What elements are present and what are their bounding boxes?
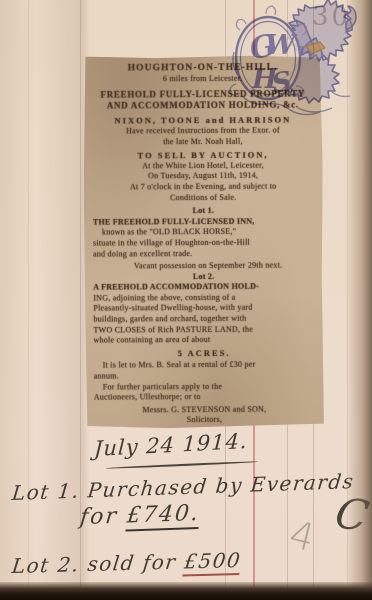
clipping-line: 5 ACRES. xyxy=(94,347,315,359)
pencil-mark-4: 4 xyxy=(285,512,319,561)
handwritten-lot2: Lot 2. sold for £500 xyxy=(11,548,243,578)
handwritten-lot1-price: for £740. xyxy=(79,501,201,530)
page-gutter-shadow xyxy=(0,0,90,600)
clipping-line: Auctioneers, Ullesthorpe; or to xyxy=(94,392,315,404)
handwritten-lot1: Lot 1. Purchased by Everards xyxy=(11,469,356,505)
clipping-line: Vacant possession on September 29th next… xyxy=(93,261,314,273)
page-edge-shadow xyxy=(346,0,372,600)
clipping-line: the late Mr. Noah Hall, xyxy=(92,136,313,148)
clipping-line: Solicitors, xyxy=(94,415,315,427)
book-bottom-edge xyxy=(0,582,372,600)
clipping-line: whole containing an area of about xyxy=(93,335,314,347)
date-underline xyxy=(106,461,258,470)
ruled-line xyxy=(28,0,29,600)
scrapbook-page: HOUGHTON-ON-THE-HILL. 6 miles from Leice… xyxy=(0,0,372,600)
for-word: for xyxy=(79,503,129,530)
monogram-letter-w: W xyxy=(265,30,298,61)
lot2-text: Lot 2. sold for xyxy=(11,549,186,578)
lot1-amount: £740. xyxy=(125,501,201,532)
clipping-line: Conditions of Sale. xyxy=(93,192,314,204)
lot2-amount: £500 xyxy=(183,548,243,577)
clipping-line: and doing an excellent trade. xyxy=(93,248,314,260)
